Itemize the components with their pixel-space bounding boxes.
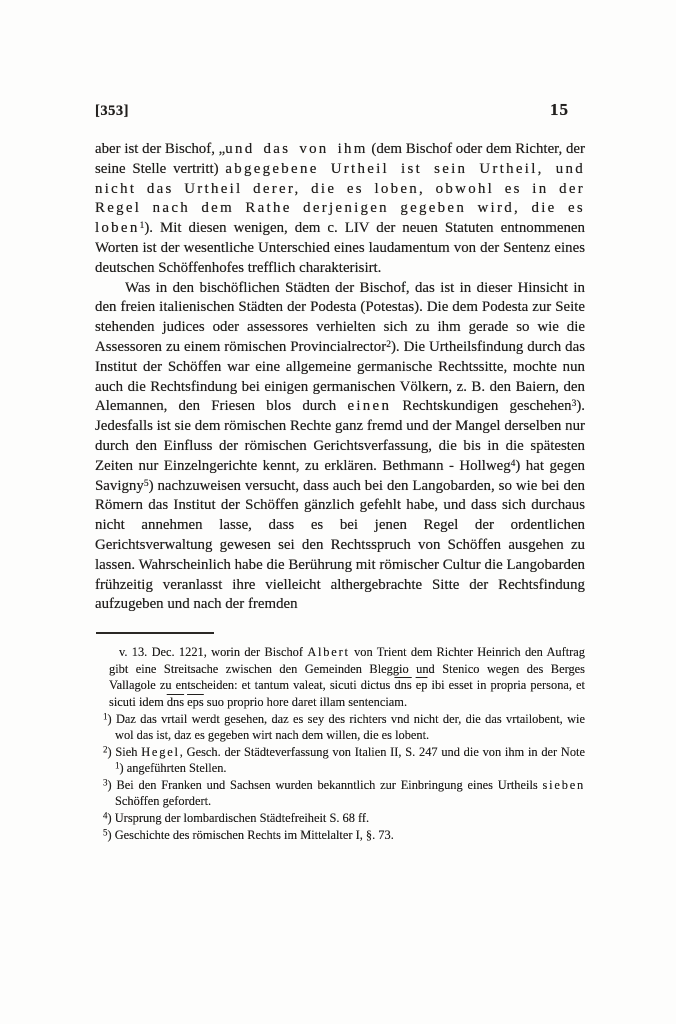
footnote-4: 4) Ursprung der lombardischen Städtefrei… [95, 810, 585, 827]
text-segment: v. 13. Dec. 1221, worin der Bischof [119, 645, 307, 659]
page-number: 15 [550, 100, 585, 120]
text-segment: Ursprung der lombardischen Städtefreihei… [112, 811, 370, 825]
footnote-separator-rule [96, 632, 214, 634]
latin-abbreviation-overline: ep [416, 678, 428, 692]
text-segment: Sieh [112, 745, 142, 759]
paragraph-2: Was in den bischöflichen Städten der Bis… [95, 279, 585, 616]
gesperrt-text: Albert [307, 645, 349, 659]
paragraph-1: aber ist der Bischof, „und das von ihm (… [95, 140, 585, 279]
text-segment: ). Mit diesen wenigen, dem c. LIV der ne… [95, 220, 585, 276]
main-text: aber ist der Bischof, „und das von ihm (… [95, 140, 585, 615]
footnote-5: 5) Geschichte des römischen Rechts im Mi… [95, 827, 585, 844]
latin-abbreviation-overline: dns [394, 678, 411, 692]
text-segment: ) nachzuweisen versucht, dass auch bei d… [95, 478, 585, 613]
text-segment: ) angeführten Stellen. [120, 761, 227, 775]
footnote-continuation: v. 13. Dec. 1221, worin der Bischof Albe… [95, 644, 585, 710]
running-header: [353] 15 [95, 100, 585, 120]
text-segment: Bei den Franken und Sachsen wurden bekan… [112, 778, 543, 792]
latin-abbreviation-overline: eps [187, 695, 204, 709]
text-segment: Schöffen gefordert. [115, 794, 211, 808]
text-segment: Daz das vrtail werdt gesehen, daz es sey… [112, 712, 585, 743]
footnote-2: 2) Sieh Hegel, Gesch. der Städteverfassu… [95, 744, 585, 777]
footnote-1: 1) Daz das vrtail werdt gesehen, daz es … [95, 711, 585, 744]
gesperrt-text: einen [347, 398, 391, 414]
gesperrt-text: Hegel [141, 745, 180, 759]
text-block: [353] 15 aber ist der Bischof, „und das … [95, 100, 585, 843]
text-segment: Rechtskundigen geschehen [391, 398, 571, 414]
text-segment: , Gesch. der Städteverfassung von Italie… [180, 745, 585, 759]
latin-abbreviation-overline: dns [167, 695, 184, 709]
text-segment: aber ist der Bischof, „ [95, 141, 225, 157]
book-page: [353] 15 aber ist der Bischof, „und das … [0, 0, 676, 1024]
gesperrt-text: sieben [543, 778, 585, 792]
text-segment: suo proprio hore daret illam sentenciam. [204, 695, 407, 709]
text-segment: Geschichte des römischen Rechts im Mitte… [112, 828, 394, 842]
gesperrt-text: und das von ihm [225, 141, 367, 157]
footnote-3: 3) Bei den Franken und Sachsen wurden be… [95, 777, 585, 810]
footnotes-block: v. 13. Dec. 1221, worin der Bischof Albe… [95, 644, 585, 843]
folio-number: [353] [95, 103, 129, 120]
